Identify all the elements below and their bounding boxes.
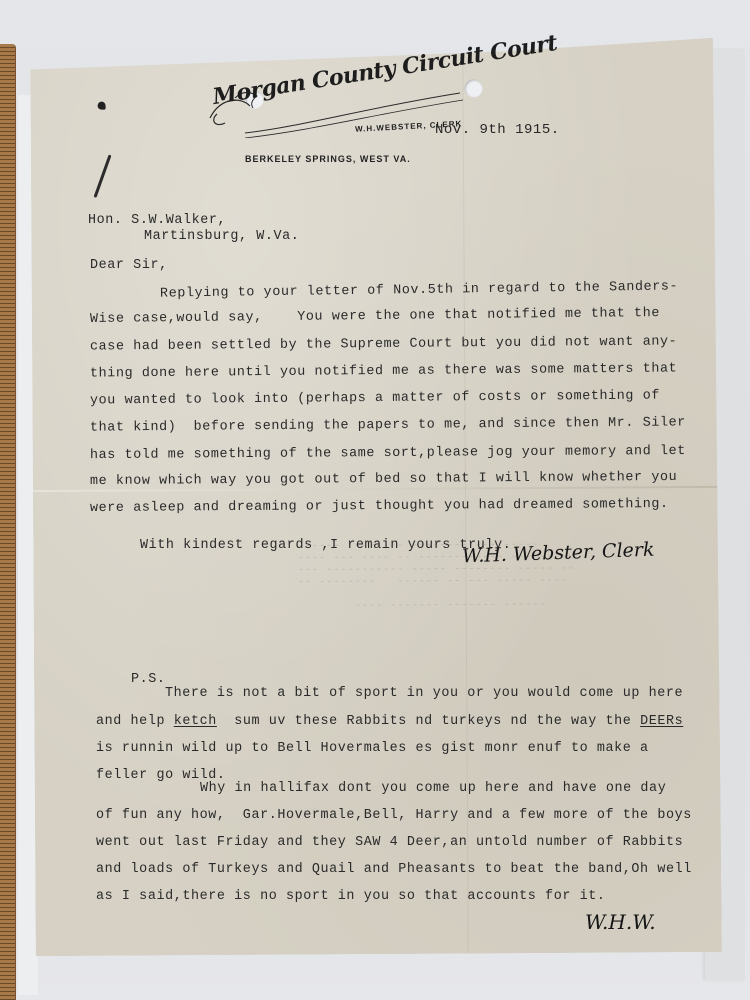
ps-line: and loads of Turkeys and Quail and Pheas…	[96, 862, 692, 877]
ps-line: There is not a bit of sport in you or yo…	[165, 686, 683, 701]
wooden-ruler	[0, 44, 16, 1000]
closing: With kindest regards ,I remain yours tru…	[140, 538, 511, 553]
ps-label: P.S.	[131, 672, 166, 687]
initials-signature: W.H.W.	[585, 910, 656, 934]
ps-underlined-word: DEERs	[640, 714, 683, 729]
ps-text: sum uv these Rabbits nd turkeys nd the w…	[217, 714, 640, 729]
ps-underlined-word: ketch	[174, 714, 217, 729]
ps-line: as I said,there is no sport in you so th…	[96, 889, 606, 904]
ps-line: of fun any how, Gar.Hovermale,Bell, Harr…	[96, 808, 692, 823]
pin-icon	[94, 154, 112, 197]
ps-line: is runnin wild up to Bell Hovermales es …	[96, 741, 649, 756]
letter-date: Nov. 9th 1915.	[435, 122, 560, 138]
addressee-city: Martinsburg, W.Va.	[144, 229, 299, 244]
salutation: Dear Sir,	[90, 258, 168, 273]
addressee-name: Hon. S.W.Walker,	[88, 213, 226, 228]
pin-hole-icon	[98, 102, 106, 110]
ps-text: and help	[96, 714, 174, 729]
ps-line: and help ketch sum uv these Rabbits nd t…	[96, 714, 683, 729]
ps-line: went out last Friday and they SAW 4 Deer…	[96, 835, 683, 850]
court-location: BERKELEY SPRINGS, WEST VA.	[245, 154, 411, 164]
ps-line: Why in hallifax dont you come up here an…	[200, 781, 666, 796]
